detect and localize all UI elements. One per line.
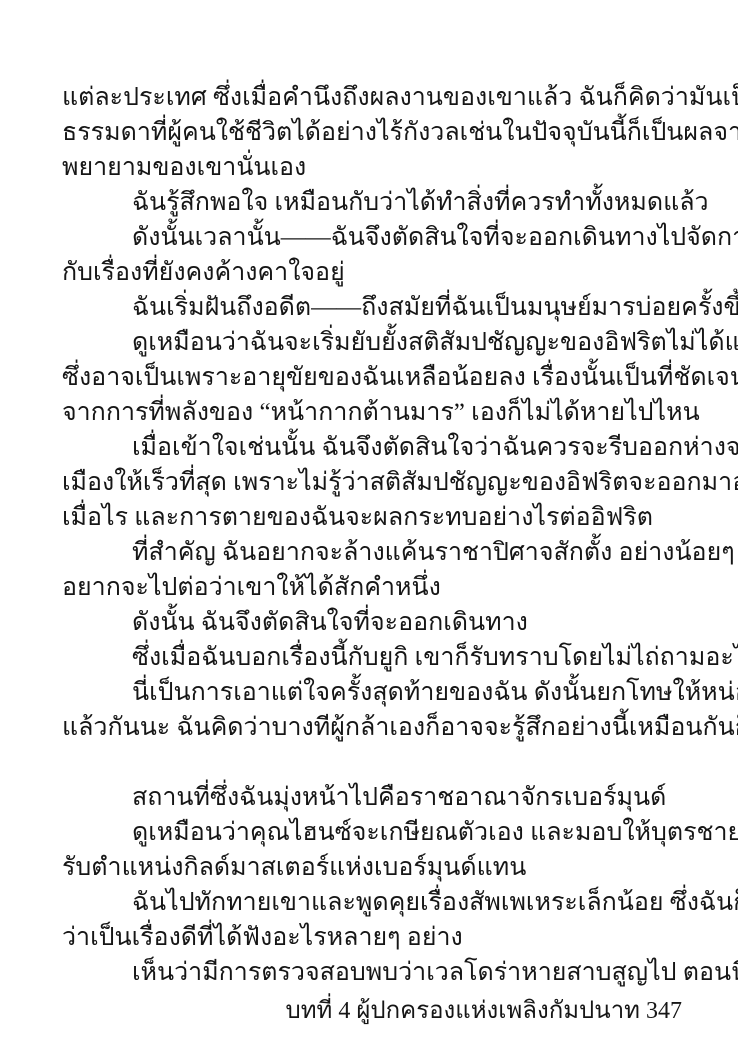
chapter-page-heading: บทที่ 4 ผู้ปกครองแห่งเพลิงกัมปนาท 347 [285, 998, 682, 1024]
book-page: แต่ละประเทศ ซึ่งเมื่อคำนึงถึงผลงานของเขา… [0, 0, 738, 1051]
text-line: นี่เป็นการเอาแต่ใจครั้งสุดท้ายของฉัน ดัง… [62, 675, 682, 710]
text-line: ดูเหมือนว่าฉันจะเริ่มยับยั้งสติสัมปชัญญะ… [62, 325, 682, 360]
text-line: พยายามของเขานั่นเอง [62, 150, 682, 185]
text-line: รับตำแหน่งกิลด์มาสเตอร์แห่งเบอร์มุนด์แทน [62, 850, 682, 885]
text-line: ซึ่งเมื่อฉันบอกเรื่องนี้กับยูกิ เขาก็รับ… [62, 640, 682, 675]
text-line: แต่ละประเทศ ซึ่งเมื่อคำนึงถึงผลงานของเขา… [62, 80, 682, 115]
text-line: ฉันเริ่มฝันถึงอดีต——ถึงสมัยที่ฉันเป็นมนุ… [62, 290, 682, 325]
text-line: ซึ่งอาจเป็นเพราะอายุขัยของฉันเหลือน้อยลง… [62, 360, 682, 395]
text-line: เมื่อเข้าใจเช่นนั้น ฉันจึงตัดสินใจว่าฉัน… [62, 430, 682, 465]
text-line: ฉันรู้สึกพอใจ เหมือนกับว่าได้ทำสิ่งที่คว… [62, 185, 682, 220]
blank-line [62, 745, 682, 780]
text-line: จากการที่พลังของ “หน้ากากต้านมาร” เองก็ไ… [62, 395, 682, 430]
body-text: แต่ละประเทศ ซึ่งเมื่อคำนึงถึงผลงานของเขา… [62, 80, 682, 990]
text-line: ธรรมดาที่ผู้คนใช้ชีวิตได้อย่างไร้กังวลเช… [62, 115, 682, 150]
text-line: ฉันไปทักทายเขาและพูดคุยเรื่องสัพเพเหระเล… [62, 885, 682, 920]
text-line: แล้วกันนะ ฉันคิดว่าบางทีผู้กล้าเองก็อาจจ… [62, 710, 682, 745]
text-line: ดังนั้น ฉันจึงตัดสินใจที่จะออกเดินทาง [62, 605, 682, 640]
text-line: เห็นว่ามีการตรวจสอบพบว่าเวลโดร่าหายสาบสู… [62, 955, 682, 990]
text-line: อยากจะไปต่อว่าเขาให้ได้สักคำหนึ่ง [62, 570, 682, 605]
text-line: ดังนั้นเวลานั้น——ฉันจึงตัดสินใจที่จะออกเ… [62, 220, 682, 255]
text-line: เมื่อไร และการตายของฉันจะผลกระทบอย่างไรต… [62, 500, 682, 535]
text-line: เมืองให้เร็วที่สุด เพราะไม่รู้ว่าสติสัมป… [62, 465, 682, 500]
text-line: ว่าเป็นเรื่องดีที่ได้ฟังอะไรหลายๆ อย่าง [62, 920, 682, 955]
text-line: ที่สำคัญ ฉันอยากจะล้างแค้นราชาปิศาจสักตั… [62, 535, 682, 570]
text-line: ดูเหมือนว่าคุณไฮนซ์จะเกษียณตัวเอง และมอบ… [62, 815, 682, 850]
page-footer: บทที่ 4 ผู้ปกครองแห่งเพลิงกัมปนาท 347 [62, 994, 682, 1029]
text-line: กับเรื่องที่ยังคงค้างคาใจอยู่ [62, 255, 682, 290]
text-line: สถานที่ซึ่งฉันมุ่งหน้าไปคือราชอาณาจักรเบ… [62, 780, 682, 815]
